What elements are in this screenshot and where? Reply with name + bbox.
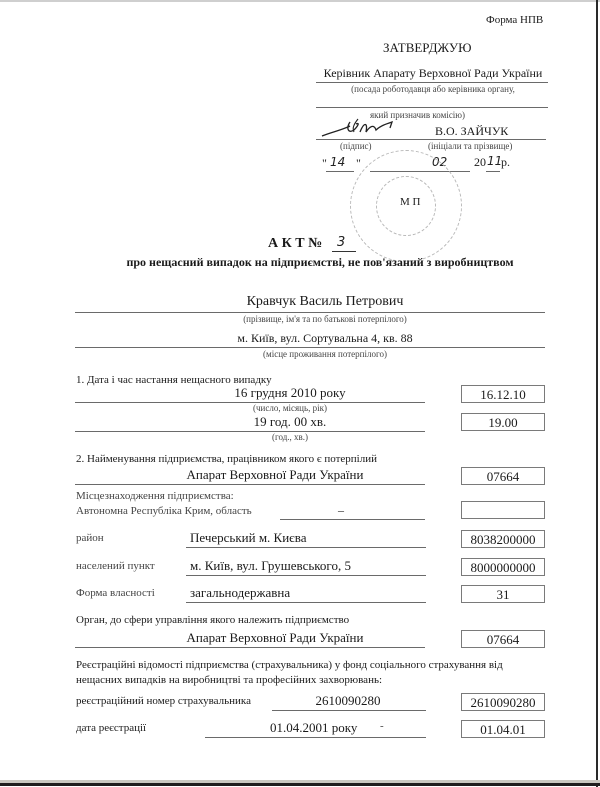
registration-intro-2: нещасних випадків на виробництві та проф… (76, 674, 382, 686)
enterprise-value: Апарат Верховної Ради України (120, 467, 430, 483)
incident-time-value: 19 год. 00 хв. (150, 414, 430, 430)
victim-name-underline (75, 312, 545, 313)
authority-label: Орган, до сфери управління якого належит… (76, 614, 349, 626)
form-label: Форма НПВ (486, 14, 543, 26)
settlement-label: населений пункт (76, 560, 155, 572)
signer-underline (396, 139, 546, 140)
region-value: – (338, 503, 344, 518)
settlement-value: м. Київ, вул. Грушевського, 5 (190, 558, 351, 574)
ownership-label: Форма власності (76, 587, 155, 599)
region-code-box (461, 501, 545, 519)
day-underline (326, 171, 354, 172)
district-code-box: 8038200000 (461, 530, 545, 548)
approval-day: 14 (330, 155, 345, 169)
approval-year-suffix: 11 (487, 154, 502, 168)
reg-date-code-box: 01.04.01 (461, 720, 545, 738)
victim-name-caption: (прізвище, ім'я та по батькові потерпіло… (150, 314, 500, 324)
incident-date-caption: (число, місяць, рік) (150, 403, 430, 413)
settlement-underline (186, 575, 426, 576)
victim-name: Кравчук Василь Петрович (150, 294, 500, 310)
district-value: Печерський м. Києва (190, 530, 307, 546)
date-quote-open: " (322, 156, 327, 171)
stamp-label: М П (400, 196, 420, 208)
reg-date-mark: - (380, 720, 384, 732)
reg-date-underline (205, 737, 426, 738)
signer-name: В.О. ЗАЙЧУК (435, 124, 508, 139)
location-label: Місцезнаходження підприємства: (76, 490, 234, 502)
victim-address: м. Київ, вул. Сортувальна 4, кв. 88 (150, 331, 500, 346)
page-top-edge (0, 0, 600, 2)
settlement-code-box: 8000000000 (461, 558, 545, 576)
position-caption: (посада роботодавця або керівника органу… (318, 84, 548, 94)
authority-underline (75, 647, 425, 648)
section2-label: 2. Найменування підприємства, працівнико… (76, 453, 377, 465)
reg-number-value: 2610090280 (273, 693, 423, 709)
act-title: А К Т № (268, 236, 322, 252)
region-label: Автономна Республіка Крим, область (76, 505, 252, 517)
act-number-underline (332, 251, 356, 252)
region-underline (280, 519, 425, 520)
reg-number-code-box: 2610090280 (461, 693, 545, 711)
authority-value: Апарат Верховної Ради України (120, 630, 430, 646)
authority-code-box: 07664 (461, 630, 545, 648)
incident-date-value: 16 грудня 2010 року (150, 385, 430, 401)
approval-year-prefix: 20 (474, 155, 486, 170)
year-underline (486, 171, 500, 172)
page-bottom-edge (0, 783, 600, 786)
district-underline (186, 547, 426, 548)
reg-number-label: реєстраційний номер страхувальника (76, 695, 251, 707)
registration-intro-1: Реєстраційні відомості підприємства (стр… (76, 659, 503, 671)
reg-date-value: 01.04.2001 року (270, 720, 357, 736)
date-quote-close: " (356, 156, 361, 171)
incident-time-caption: (год., хв.) (150, 432, 430, 442)
page-right-edge (596, 0, 598, 787)
position-underline (316, 82, 548, 83)
enterprise-code-box: 07664 (461, 467, 545, 485)
victim-address-underline (75, 347, 545, 348)
act-number: 3 (337, 235, 345, 250)
approval-heading: ЗАТВЕРДЖУЮ (383, 40, 471, 56)
district-label: район (76, 532, 104, 544)
ownership-underline (186, 602, 426, 603)
incident-time-code-box: 19.00 (461, 413, 545, 431)
signature-caption: (підпис) (340, 141, 372, 151)
signature-icon (320, 118, 400, 140)
signer-caption: (ініціали та прізвище) (428, 141, 512, 151)
enterprise-underline (75, 484, 425, 485)
incident-date-code-box: 16.12.10 (461, 385, 545, 403)
reg-date-label: дата реєстрації (76, 722, 146, 734)
ownership-value: загальнодержавна (190, 585, 290, 601)
approval-year-unit: р. (501, 155, 510, 170)
position-underline-2 (316, 107, 548, 108)
signature-underline (316, 139, 396, 140)
act-subtitle: про нещасний випадок на підприємстві, не… (60, 255, 580, 270)
approver-position: Керівник Апарату Верховної Ради України (318, 66, 548, 81)
reg-number-underline (272, 710, 426, 711)
ownership-code-box: 31 (461, 585, 545, 603)
victim-address-caption: (місце проживання потерпілого) (150, 349, 500, 359)
